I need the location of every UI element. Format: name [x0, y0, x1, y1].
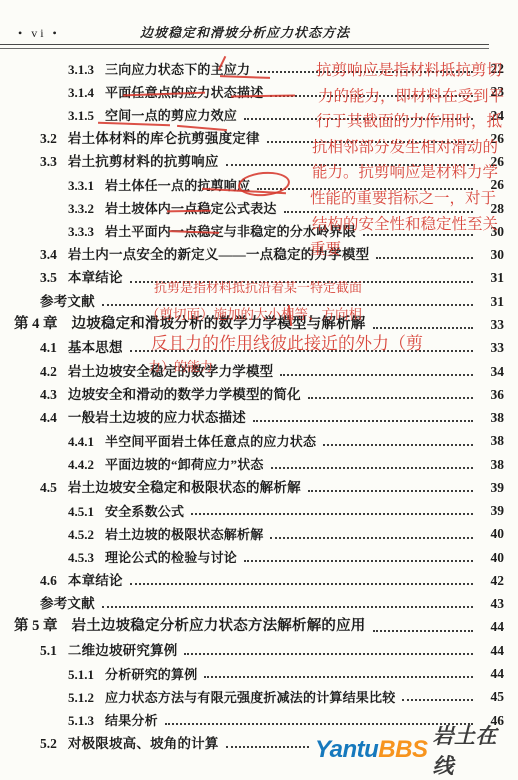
watermark-logo: Yantu BBS 岩土在线 — [311, 735, 518, 765]
toc-row: 3.1.5空间一点的剪应力效应24 — [0, 103, 518, 126]
toc-entry-number: 4.2 — [40, 365, 57, 379]
toc-entry-title: 岩土坡体内一点稳定公式表达 — [105, 202, 277, 216]
dot-leader — [323, 444, 473, 446]
toc-entry-title: 二维边坡研究算例 — [68, 644, 178, 658]
toc-row: 3.1.3三向应力状态下的主应力22 — [0, 56, 518, 79]
toc-page-number: 39 — [478, 504, 504, 518]
toc-entry-number: 3.1.5 — [68, 109, 94, 123]
toc-row: 3.4岩土内一点安全的新定义——一点稳定的力学模型30 — [0, 242, 518, 265]
toc-entry-title: 本章结论 — [68, 271, 123, 285]
toc-row: 4.5岩土边坡安全稳定和极限状态的解析解39 — [0, 475, 518, 498]
toc-page-number: 33 — [478, 318, 504, 332]
toc-entry-title: 岩土边坡安全稳定和极限状态的解析解 — [68, 481, 301, 495]
toc-row: 4.5.2岩土边坡的极限状态解析解40 — [0, 521, 518, 544]
toc-page-number: 45 — [478, 690, 504, 704]
toc-row: 4.5.1安全系数公式39 — [0, 498, 518, 521]
toc-entry-title: 平面任意点的应力状态描述 — [105, 86, 263, 100]
watermark-cn-text: 岩土在线 — [432, 720, 518, 780]
toc-row: 3.1.4平面任意点的应力状态描述23 — [0, 79, 518, 102]
toc-entry-number: 4.4 — [40, 411, 57, 425]
toc-row: 参考文献31 — [0, 289, 518, 312]
toc-entry-title: 应力状态方法与有限元强度折减法的计算结果比较 — [105, 691, 395, 705]
dot-leader — [373, 630, 474, 632]
dot-leader — [270, 537, 473, 539]
header-rule — [0, 44, 489, 49]
toc-row: 参考文献43 — [0, 591, 518, 614]
toc-entry-number: 3.3.2 — [68, 202, 94, 216]
toc-page-number: 23 — [478, 85, 504, 99]
toc-entry-number: 4.5.3 — [68, 551, 94, 565]
dot-leader — [257, 188, 473, 190]
toc-entry-title: 空间一点的剪应力效应 — [105, 109, 237, 123]
dot-leader — [244, 118, 473, 120]
toc-row: 4.2岩土边坡安全稳定的数学力学模型34 — [0, 358, 518, 381]
toc-entry-title: 一般岩土边坡的应力状态描述 — [68, 411, 246, 425]
dot-leader — [308, 490, 473, 492]
dot-leader — [373, 327, 474, 329]
dot-leader — [244, 560, 473, 562]
toc-page-number: 31 — [478, 295, 504, 309]
toc-page-number: 40 — [478, 527, 504, 541]
toc-page-number: 26 — [478, 132, 504, 146]
toc-page-number: 43 — [478, 597, 504, 611]
toc-row: 4.1基本思想33 — [0, 335, 518, 358]
toc-entry-number: 4.5.1 — [68, 505, 94, 519]
dot-leader — [204, 676, 473, 678]
running-head-book-title: 边坡稳定和滑坡分析应力状态方法 — [0, 22, 490, 41]
toc-entry-title: 安全系数公式 — [105, 505, 184, 519]
toc-page-number: 38 — [478, 458, 504, 472]
dot-leader — [191, 513, 473, 515]
toc-entry-title: 岩土抗剪材料的抗剪响应 — [68, 155, 219, 169]
toc-page-number: 44 — [478, 644, 504, 658]
toc-entry-title: 本章结论 — [68, 574, 123, 588]
toc-entry-title: 对极限坡高、坡角的计算 — [68, 737, 219, 751]
toc-entry-number: 4.4.2 — [68, 458, 94, 472]
toc-entry-number: 3.4 — [40, 248, 57, 262]
toc-row: 3.3.1岩土体任一点的抗剪响应26 — [0, 172, 518, 195]
toc-entry-title: 平面边坡的“卸荷应力”状态 — [105, 458, 264, 472]
toc-page-number: 39 — [478, 481, 504, 495]
toc-entry-title: 基本思想 — [68, 341, 123, 355]
toc-entry-title: 岩土边坡稳定分析应力状态方法解析解的应用 — [72, 619, 366, 634]
toc-page-number: 26 — [478, 178, 504, 192]
toc-entry-title: 岩土边坡安全稳定的数学力学模型 — [68, 365, 274, 379]
toc-row: 5.1.2应力状态方法与有限元强度折减法的计算结果比较45 — [0, 684, 518, 707]
dot-leader — [308, 397, 473, 399]
toc-page-number: 40 — [478, 551, 504, 565]
dot-leader — [402, 699, 473, 701]
toc-page-number: 22 — [478, 62, 504, 76]
toc-page-number: 30 — [478, 248, 504, 262]
toc-page-number: 28 — [478, 202, 504, 216]
toc-row: 4.4.2平面边坡的“卸荷应力”状态38 — [0, 452, 518, 475]
toc-entry-title: 参考文献 — [40, 597, 95, 611]
toc-entry-title: 岩土边坡的极限状态解析解 — [105, 528, 263, 542]
dot-leader — [271, 467, 473, 469]
toc-row: 4.4一般岩土边坡的应力状态描述38 — [0, 405, 518, 428]
toc-row: 3.3.2岩土坡体内一点稳定公式表达28 — [0, 196, 518, 219]
toc-entry-number: 5.1.3 — [68, 714, 94, 728]
toc-row: 4.3边坡安全和滑动的数学力学模型的简化36 — [0, 382, 518, 405]
watermark-yantu-text: Yantu — [315, 736, 378, 764]
toc-entry-number: 5.1.2 — [68, 691, 94, 705]
dot-leader — [184, 653, 473, 655]
dot-leader — [253, 420, 473, 422]
toc-row: 4.6本章结论42 — [0, 568, 518, 591]
toc-entry-title: 岩土体任一点的抗剪响应 — [105, 179, 250, 193]
toc-entry-title: 岩土体材料的库仑抗剪强度定律 — [68, 132, 260, 146]
table-of-contents: 3.1.3三向应力状态下的主应力223.1.4平面任意点的应力状态描述233.1… — [0, 56, 518, 754]
toc-page-number: 24 — [478, 109, 504, 123]
toc-entry-title: 岩土内一点安全的新定义——一点稳定的力学模型 — [68, 248, 369, 262]
toc-entry-number: 3.1.3 — [68, 63, 94, 77]
toc-entry-number: 4.3 — [40, 388, 57, 402]
dot-leader — [257, 71, 473, 73]
dot-leader — [130, 281, 473, 283]
toc-entry-number: 3.3.3 — [68, 225, 94, 239]
dot-leader — [284, 211, 473, 213]
dot-leader — [130, 350, 473, 352]
toc-entry-number: 第 4 章 — [14, 317, 58, 332]
toc-entry-number: 5.1.1 — [68, 668, 94, 682]
toc-row: 5.1二维边坡研究算例44 — [0, 638, 518, 661]
toc-entry-number: 4.4.1 — [68, 435, 94, 449]
toc-row: 第 5 章岩土边坡稳定分析应力状态方法解析解的应用44 — [0, 614, 518, 637]
toc-row: 3.5本章结论31 — [0, 265, 518, 288]
watermark-bbs-text: BBS — [378, 736, 427, 764]
toc-page-number: 44 — [478, 667, 504, 681]
toc-entry-number: 3.5 — [40, 271, 57, 285]
toc-page-number: 38 — [478, 434, 504, 448]
dot-leader — [165, 723, 473, 725]
toc-row: 3.3岩土抗剪材料的抗剪响应26 — [0, 149, 518, 172]
toc-entry-number: 4.5.2 — [68, 528, 94, 542]
toc-entry-number: 4.5 — [40, 481, 57, 495]
dot-leader — [226, 164, 473, 166]
toc-entry-title: 岩土平面内一点稳定与非稳定的分水岭界限 — [105, 225, 356, 239]
toc-row: 4.5.3理论公式的检验与讨论40 — [0, 545, 518, 568]
dot-leader — [280, 374, 473, 376]
toc-entry-number: 3.2 — [40, 132, 57, 146]
toc-page-number: 44 — [478, 620, 504, 634]
toc-entry-number: 3.3.1 — [68, 179, 94, 193]
toc-row: 4.4.1半空间平面岩土体任意点的应力状态38 — [0, 428, 518, 451]
toc-page-number: 38 — [478, 411, 504, 425]
dot-leader — [130, 583, 473, 585]
toc-entry-number: 第 5 章 — [14, 619, 58, 634]
toc-entry-title: 半空间平面岩土体任意点的应力状态 — [105, 435, 316, 449]
toc-page-number: 34 — [478, 365, 504, 379]
toc-entry-title: 边坡稳定和滑坡分析的数学力学模型与解析解 — [72, 317, 366, 332]
toc-entry-number: 3.3 — [40, 155, 57, 169]
toc-entry-number: 5.2 — [40, 737, 57, 751]
dot-leader — [363, 234, 473, 236]
toc-page-number: 26 — [478, 155, 504, 169]
toc-page-number: 33 — [478, 341, 504, 355]
toc-entry-title: 三向应力状态下的主应力 — [105, 63, 250, 77]
toc-entry-title: 参考文献 — [40, 295, 95, 309]
toc-entry-number: 3.1.4 — [68, 86, 94, 100]
toc-row: 5.1.1分析研究的算例44 — [0, 661, 518, 684]
toc-row: 3.3.3岩土平面内一点稳定与非稳定的分水岭界限30 — [0, 219, 518, 242]
dot-leader — [376, 257, 473, 259]
toc-row: 第 4 章边坡稳定和滑坡分析的数学力学模型与解析解33 — [0, 312, 518, 335]
toc-entry-number: 4.6 — [40, 574, 57, 588]
scanned-toc-page: • vi • 边坡稳定和滑坡分析应力状态方法 3.1.3三向应力状态下的主应力2… — [0, 0, 518, 780]
toc-page-number: 30 — [478, 225, 504, 239]
toc-entry-title: 分析研究的算例 — [105, 668, 197, 682]
toc-entry-title: 边坡安全和滑动的数学力学模型的简化 — [68, 388, 301, 402]
toc-entry-number: 4.1 — [40, 341, 57, 355]
toc-page-number: 36 — [478, 388, 504, 402]
toc-page-number: 42 — [478, 574, 504, 588]
dot-leader — [270, 95, 473, 97]
toc-entry-title: 结果分析 — [105, 714, 158, 728]
dot-leader — [267, 141, 473, 143]
toc-row: 3.2岩土体材料的库仑抗剪强度定律26 — [0, 126, 518, 149]
dot-leader — [102, 304, 473, 306]
toc-page-number: 31 — [478, 271, 504, 285]
toc-entry-number: 5.1 — [40, 644, 57, 658]
dot-leader — [102, 606, 473, 608]
toc-entry-title: 理论公式的检验与讨论 — [105, 551, 237, 565]
